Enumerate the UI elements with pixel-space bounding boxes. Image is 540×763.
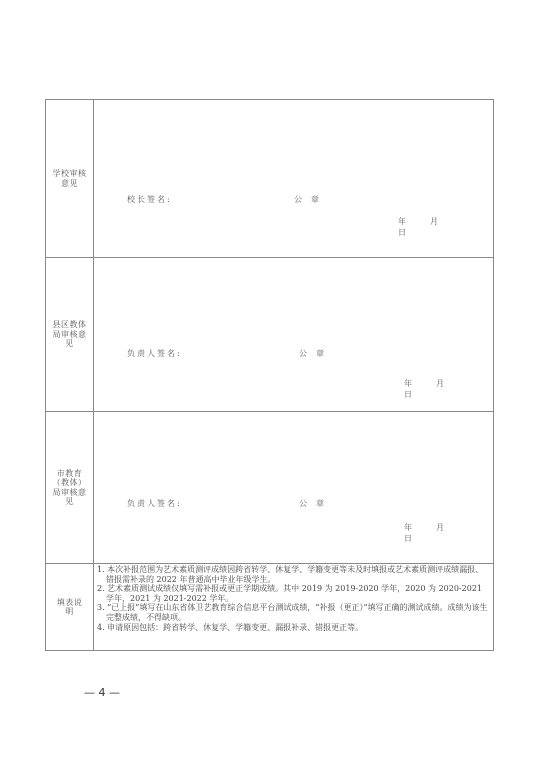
year-label: 年 [404, 378, 436, 389]
school-review-label-cell: 学校审核意见 [46, 100, 94, 258]
city-review-label: 市教育（教体）局审核意见 [50, 469, 90, 507]
day-label: 日 [404, 533, 436, 544]
responsible-person-signature-label: 负责人签名: [127, 348, 182, 359]
county-review-content: 负责人签名: 公章 年月日 [94, 258, 494, 412]
month-label: 月 [436, 378, 468, 389]
instructions-content: 1. 本次补报范围为艺术素质测评成绩因跨省转学、休复学、学籍变更等未及时填报或艺… [94, 564, 494, 651]
instruction-item: 4. 申请原因包括：跨省转学、休复学、学籍变更、漏报补录、错报更正等。 [97, 623, 489, 633]
city-review-row: 市教育（教体）局审核意见 负责人签名: 公章 年月日 [46, 412, 494, 564]
date-line: 年月日 [398, 216, 493, 238]
instructions-label: 填表说明 [57, 598, 83, 617]
year-label: 年 [398, 216, 430, 227]
month-label: 月 [430, 216, 462, 227]
instruction-item: 1. 本次补报范围为艺术素质测评成绩因跨省转学、休复学、学籍变更等未及时填报或艺… [97, 565, 489, 584]
day-label: 日 [404, 389, 436, 400]
page-number: — 4 — [84, 686, 120, 699]
school-review-content: 校长签名: 公章 年月日 [94, 100, 494, 258]
responsible-person-signature-label: 负责人签名: [127, 498, 182, 509]
school-review-label: 学校审核意见 [50, 169, 90, 188]
instruction-item: 3. “已上报”填写在山东省体卫艺教育综合信息平台测试成绩，“补报（更正）”填写… [97, 603, 489, 622]
instructions-list: 1. 本次补报范围为艺术素质测评成绩因跨省转学、休复学、学籍变更等未及时填报或艺… [94, 564, 493, 632]
instructions-row: 填表说明 1. 本次补报范围为艺术素质测评成绩因跨省转学、休复学、学籍变更等未及… [46, 564, 494, 651]
city-review-label-cell: 市教育（教体）局审核意见 [46, 412, 94, 564]
county-review-label-cell: 县区教体局审核意见 [46, 258, 94, 412]
date-line: 年月日 [404, 378, 493, 400]
county-review-label: 县区教体局审核意见 [50, 320, 90, 349]
instruction-item: 2. 艺术素质测试成绩仅填写需补报或更正学期成绩。其中 2019 为 2019-… [97, 584, 489, 603]
official-seal-label: 公章 [299, 498, 333, 509]
instructions-label-cell: 填表说明 [46, 564, 94, 651]
review-form-table: 学校审核意见 校长签名: 公章 年月日 县区教体局审核意见 负责人签名: 公章 … [45, 99, 494, 651]
month-label: 月 [436, 522, 468, 533]
official-seal-label: 公章 [299, 348, 333, 359]
county-review-row: 县区教体局审核意见 负责人签名: 公章 年月日 [46, 258, 494, 412]
year-label: 年 [404, 522, 436, 533]
date-line: 年月日 [404, 522, 493, 544]
day-label: 日 [398, 227, 430, 238]
city-review-content: 负责人签名: 公章 年月日 [94, 412, 494, 564]
principal-signature-label: 校长签名: [127, 194, 172, 205]
school-review-row: 学校审核意见 校长签名: 公章 年月日 [46, 100, 494, 258]
official-seal-label: 公章 [294, 194, 328, 205]
